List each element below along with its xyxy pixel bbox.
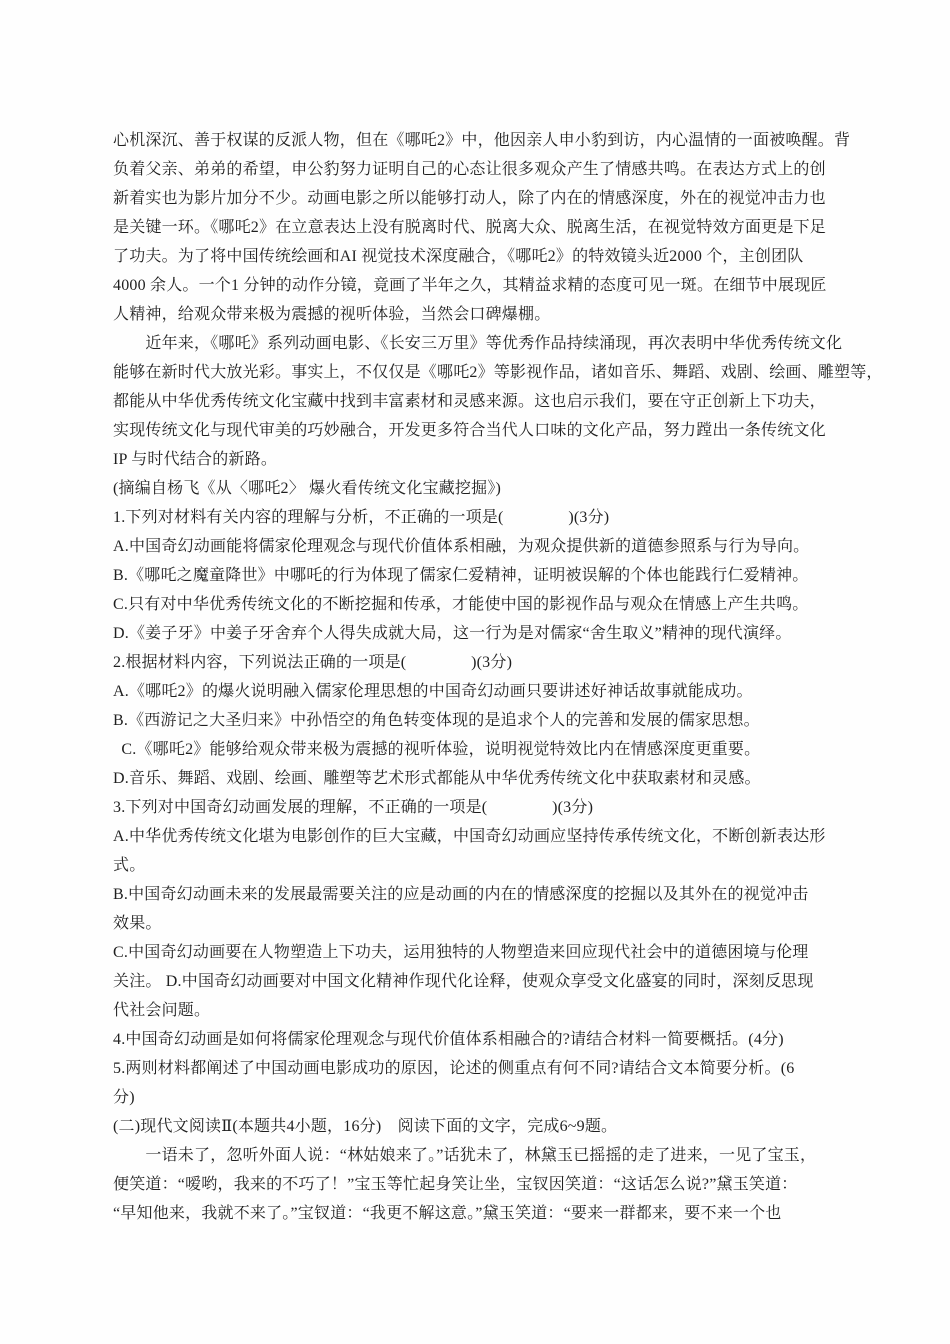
text-line: 分): [113, 1083, 853, 1112]
text-line: 3.下列对中国奇幻动画发展的理解，不正确的一项是( )(3分): [113, 793, 853, 822]
document-page: 心机深沉、善于权谋的反派人物，但在《哪吒2》中，他因亲人申小豹到访，内心温情的一…: [0, 0, 950, 1344]
text-line: D.《姜子牙》中姜子牙舍弃个人得失成就大局，这一行为是对儒家“舍生取义”精神的现…: [113, 619, 853, 648]
text-line: 4000 余人。一个1 分钟的动作分镜，竟画了半年之久，其精益求精的态度可见一斑…: [113, 271, 853, 300]
text-line: B.《西游记之大圣归来》中孙悟空的角色转变体现的是追求个人的完善和发展的儒家思想…: [113, 706, 853, 735]
text-line: 1.下列对材料有关内容的理解与分析，不正确的一项是( )(3分): [113, 503, 853, 532]
text-line: 是关键一环。《哪吒2》在立意表达上没有脱离时代、脱离大众、脱离生活，在视觉特效方…: [113, 213, 853, 242]
text-line: 负着父亲、弟弟的希望，申公豹努力证明自己的心态让很多观众产生了情感共鸣。在表达方…: [113, 155, 853, 184]
document-body: 心机深沉、善于权谋的反派人物，但在《哪吒2》中，他因亲人申小豹到访，内心温情的一…: [113, 126, 853, 1228]
text-line: A.《哪吒2》的爆火说明融入儒家伦理思想的中国奇幻动画只要讲述好神话故事就能成功…: [113, 677, 853, 706]
text-line: A.中华优秀传统文化堪为电影创作的巨大宝藏，中国奇幻动画应坚持传承传统文化，不断…: [113, 822, 853, 851]
text-line: 实现传统文化与现代审美的巧妙融合，开发更多符合当代人口味的文化产品，努力蹚出一条…: [113, 416, 853, 445]
text-line: (二)现代文阅读Ⅱ(本题共4小题，16分) 阅读下面的文字，完成6~9题。: [113, 1112, 853, 1141]
text-line: 了功夫。为了将中国传统绘画和AI 视觉技术深度融合，《哪吒2》的特效镜头近200…: [113, 242, 853, 271]
text-line: 代社会问题。: [113, 996, 853, 1025]
text-line: 能够在新时代大放光彩。事实上，不仅仅是《哪吒2》等影视作品，诸如音乐、舞蹈、戏剧…: [113, 358, 853, 387]
text-line: 人精神，给观众带来极为震撼的视听体验，当然会口碑爆棚。: [113, 300, 853, 329]
text-line: IP 与时代结合的新路。: [113, 445, 853, 474]
text-line: 效果。: [113, 909, 853, 938]
text-line: 都能从中华优秀传统文化宝藏中找到丰富素材和灵感来源。这也启示我们，要在守正创新上…: [113, 387, 853, 416]
text-line: 式。: [113, 851, 853, 880]
text-line: 近年来，《哪吒》系列动画电影、《长安三万里》等优秀作品持续涌现，再次表明中华优秀…: [113, 329, 853, 358]
text-line: “早知他来，我就不来了。”宝钗道：“我更不解这意。”黛玉笑道：“要来一群都来，要…: [113, 1199, 853, 1228]
text-line: C.《哪吒2》能够给观众带来极为震撼的视听体验，说明视觉特效比内在情感深度更重要…: [113, 735, 853, 764]
text-line: 便笑道：“嗳哟，我来的不巧了！”宝玉等忙起身笑让坐，宝钗因笑道：“这话怎么说?”…: [113, 1170, 853, 1199]
text-line: D.音乐、舞蹈、戏剧、绘画、雕塑等艺术形式都能从中华优秀传统文化中获取素材和灵感…: [113, 764, 853, 793]
text-line: 4.中国奇幻动画是如何将儒家伦理观念与现代价值体系相融合的?请结合材料一简要概括…: [113, 1025, 853, 1054]
text-line: 心机深沉、善于权谋的反派人物，但在《哪吒2》中，他因亲人申小豹到访，内心温情的一…: [113, 126, 853, 155]
text-line: C.中国奇幻动画要在人物塑造上下功夫，运用独特的人物塑造来回应现代社会中的道德困…: [113, 938, 853, 967]
exam-page-body: { "styles": { "background": "#fefefe", "…: [0, 0, 950, 1344]
text-line: 2.根据材料内容，下列说法正确的一项是( )(3分): [113, 648, 853, 677]
text-line: 关注。 D.中国奇幻动画要对中国文化精神作现代化诠释，使观众享受文化盛宴的同时，…: [113, 967, 853, 996]
text-line: 新着实也为影片加分不少。动画电影之所以能够打动人，除了内在的情感深度，外在的视觉…: [113, 184, 853, 213]
text-line: 5.两则材料都阐述了中国动画电影成功的原因，论述的侧重点有何不同?请结合文本简要…: [113, 1054, 853, 1083]
text-line: C.只有对中华优秀传统文化的不断挖掘和传承，才能使中国的影视作品与观众在情感上产…: [113, 590, 853, 619]
text-line: B.《哪吒之魔童降世》中哪吒的行为体现了儒家仁爱精神，证明被误解的个体也能践行仁…: [113, 561, 853, 590]
text-line: (摘编自杨飞《从〈哪吒2〉 爆火看传统文化宝藏挖掘》): [113, 474, 853, 503]
text-line: 一语未了，忽听外面人说：“林姑娘来了。”话犹未了，林黛玉已摇摇的走了进来，一见了…: [113, 1141, 853, 1170]
text-line: A.中国奇幻动画能将儒家伦理观念与现代价值体系相融，为观众提供新的道德参照系与行…: [113, 532, 853, 561]
text-line: B.中国奇幻动画未来的发展最需要关注的应是动画的内在的情感深度的挖掘以及其外在的…: [113, 880, 853, 909]
